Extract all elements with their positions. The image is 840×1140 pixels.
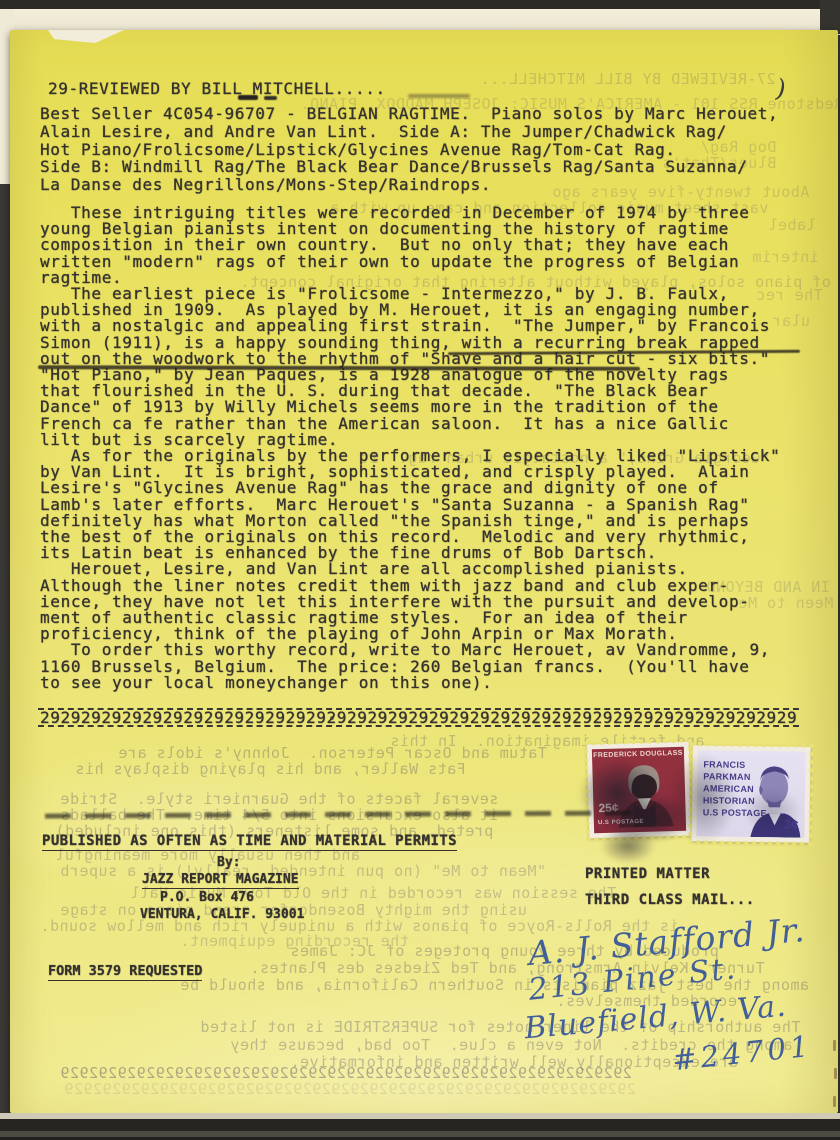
scanned-document: 27-REVIEWED BY BILL MITCHELL...Redstone … bbox=[0, 0, 840, 1140]
scan-edge-top-right bbox=[820, 0, 840, 34]
publisher-city: VENTURA, CALIF. 93001 bbox=[140, 907, 304, 922]
bleedthrough-text: 2929292929292929292929292929292929292929… bbox=[64, 1080, 636, 1098]
printed-matter-label: PRINTED MATTER bbox=[585, 866, 710, 882]
cancellation-mark bbox=[668, 752, 738, 844]
publisher-po-box: P.O. Box 476 bbox=[160, 890, 254, 905]
cancellation-mark bbox=[742, 788, 802, 834]
bleedthrough-text: 27-REVIEWED BY BILL MITCHELL... bbox=[480, 70, 775, 88]
ink-speck bbox=[95, 470, 99, 474]
cancellation-mark bbox=[600, 828, 656, 864]
form-3579-label: FORM 3579 REQUESTED bbox=[48, 963, 202, 981]
album-listing: Best Seller 4C054-96707 - BELGIAN RAGTIM… bbox=[40, 105, 778, 194]
publisher-by-label: By: bbox=[217, 855, 240, 870]
bleedthrough-text: "Mean to Me" (no pun intended, really!) … bbox=[60, 862, 546, 880]
scan-edge-top bbox=[0, 0, 840, 9]
third-class-mail-label: THIRD CLASS MAIL... bbox=[585, 892, 755, 908]
staple-mark bbox=[833, 1040, 836, 1051]
staple-mark bbox=[834, 1068, 837, 1079]
staple-mark bbox=[833, 1096, 836, 1107]
review-body-text: These intriguing titles were recorded in… bbox=[40, 205, 780, 691]
publisher-name: JAZZ REPORT MAGAZINE bbox=[142, 872, 299, 889]
typed-divider-row: 2929292929292929292929292929292929292929… bbox=[38, 708, 799, 727]
review-header: 29-REVIEWED BY BILL MITCHELL..... bbox=[48, 79, 386, 98]
ink-speck bbox=[330, 716, 334, 720]
bleedthrough-text: Fats Waller, and his playing displays hi… bbox=[75, 760, 466, 778]
publisher-frequency-line: PUBLISHED AS OFTEN AS TIME AND MATERIAL … bbox=[42, 833, 457, 851]
scan-edge-bottom bbox=[0, 1119, 840, 1131]
